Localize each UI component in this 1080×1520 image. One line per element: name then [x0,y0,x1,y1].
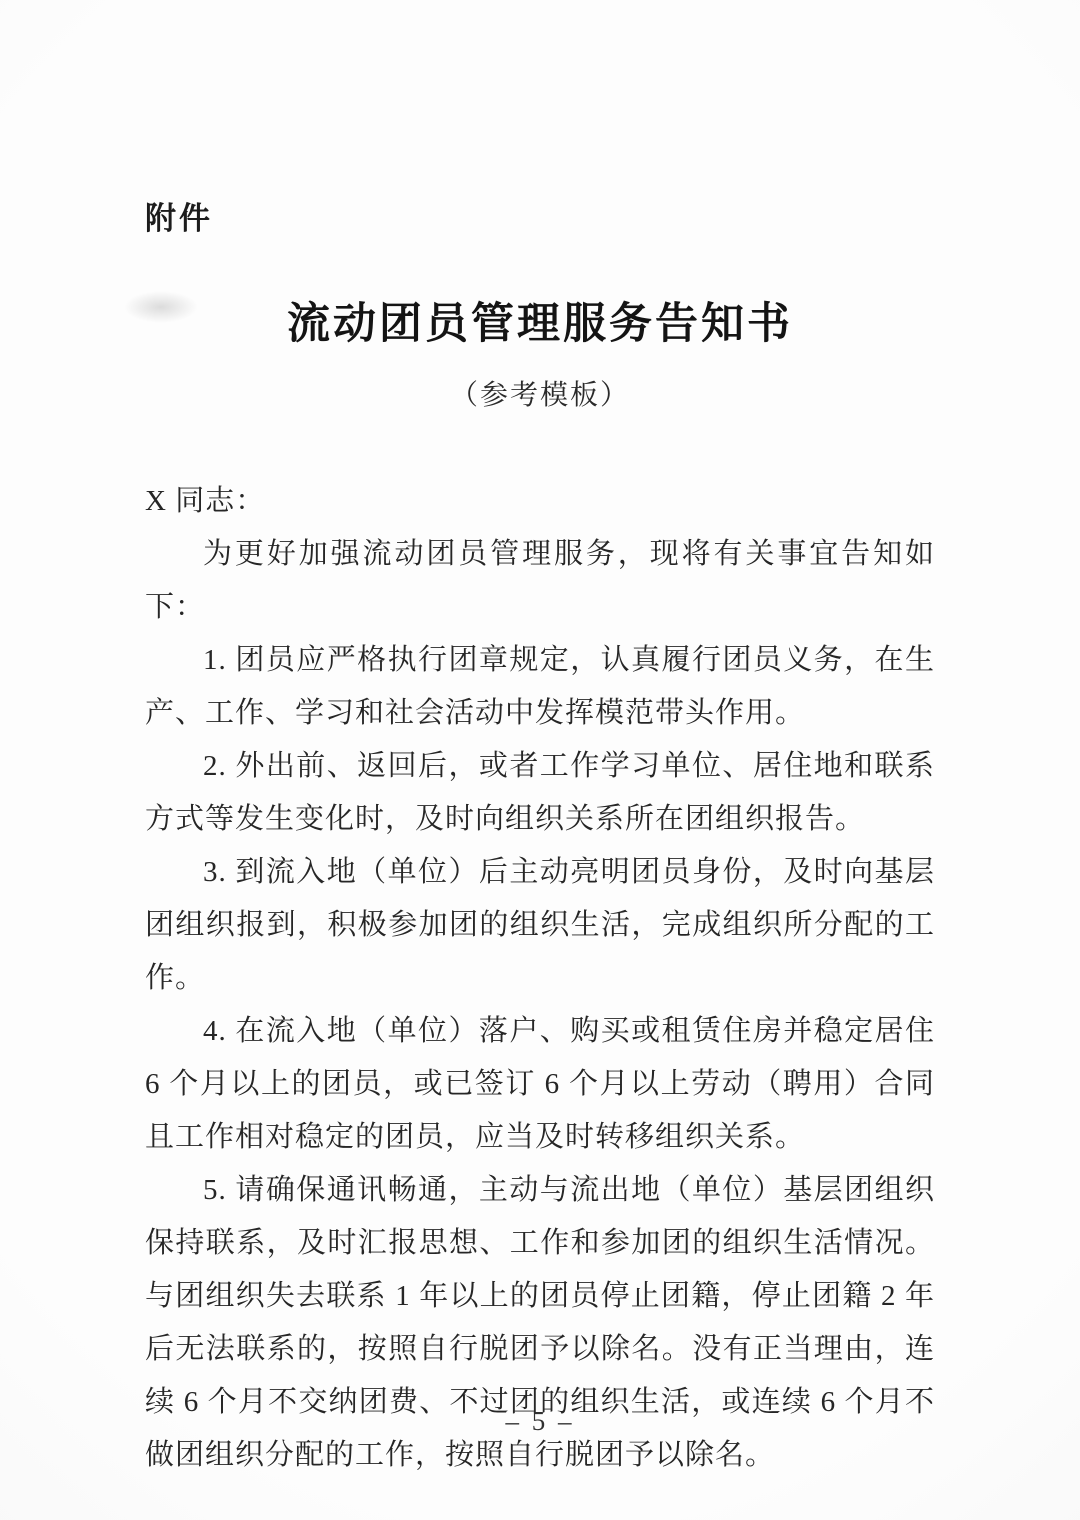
scan-smudge-artifact [124,291,198,323]
paragraph-intro: 为更好加强流动团员管理服务，现将有关事宜告知如下： [145,528,935,634]
document-body: X 同志： 为更好加强流动团员管理服务，现将有关事宜告知如下： 1. 团员应严格… [145,475,935,1482]
paragraph-item-1: 1. 团员应严格执行团章规定，认真履行团员义务，在生产、工作、学习和社会活动中发… [145,634,935,740]
page-number: – 5 – [0,1406,1080,1437]
paragraph-item-4: 4. 在流入地（单位）落户、购买或租赁住房并稳定居住 6 个月以上的团员，或已签… [145,1005,935,1164]
document-page: 附件 流动团员管理服务告知书 （参考模板） X 同志： 为更好加强流动团员管理服… [0,0,1080,1520]
paragraph-item-2: 2. 外出前、返回后，或者工作学习单位、居住地和联系方式等发生变化时，及时向组织… [145,740,935,846]
attachment-label: 附件 [145,193,935,238]
document-subtitle: （参考模板） [145,373,935,413]
salutation: X 同志： [145,475,935,528]
document-title: 流动团员管理服务告知书 [145,290,935,351]
paragraph-item-3: 3. 到流入地（单位）后主动亮明团员身份，及时向基层团组织报到，积极参加团的组织… [145,846,935,1005]
